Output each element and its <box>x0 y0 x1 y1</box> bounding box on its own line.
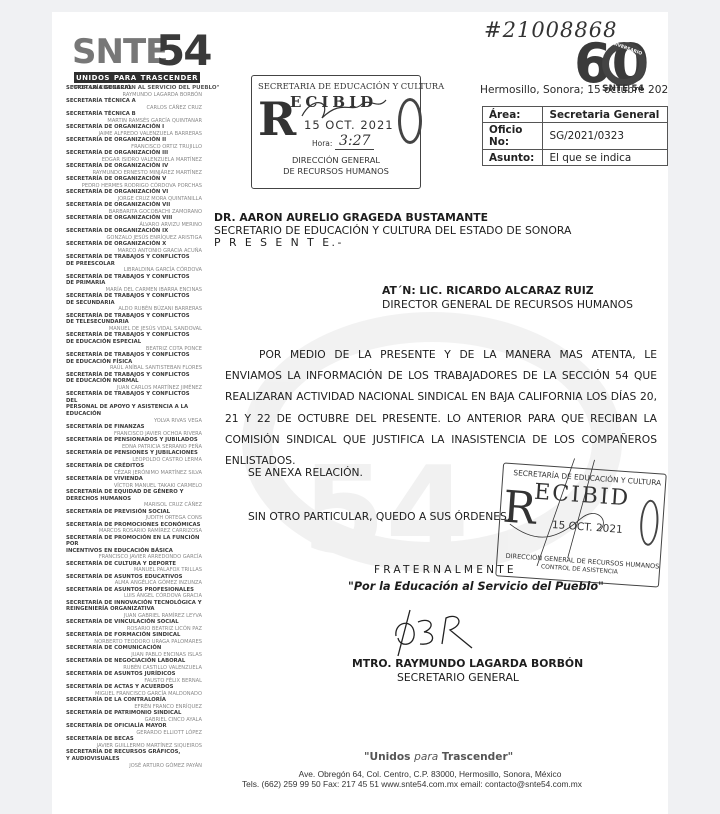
footer-contact: Tels. (662) 259 99 50 Fax: 217 45 51 www… <box>242 779 582 789</box>
info-row: Asunto: El que se indica <box>483 150 668 166</box>
roster-title: SECRETARÍA DE RECURSOS GRÁFICOS, Y AUDIO… <box>66 749 202 762</box>
signer-title: SECRETARIO GENERAL <box>397 671 519 684</box>
info-label: Asunto: <box>483 150 543 166</box>
roster-title: SECRETARÍA DE TRABAJOS Y CONFLICTOS DE P… <box>66 274 202 287</box>
roster-title: SECRETARÍA DE NEGOCIACIÓN LABORAL <box>66 658 202 665</box>
roster-entry: SECRETARÍA DE TRABAJOS Y CONFLICTOS DE T… <box>66 313 202 333</box>
stamp-scribble <box>497 454 654 574</box>
roster-title: SECRETARÍA DE ORGANIZACIÓN I <box>66 124 202 131</box>
roster-title: SECRETARÍA TÉCNICA A <box>66 98 202 105</box>
letter-body: POR MEDIO DE LA PRESENTE Y DE LA MANERA … <box>225 344 657 471</box>
roster-title: SECRETARÍA DE TRABAJOS Y CONFLICTOS DE T… <box>66 313 202 326</box>
roster-title: SECRETARÍA DE BECAS <box>66 736 202 743</box>
roster-entry: SECRETARÍA DE ASUNTOS EDUCATIVOSALMA ANG… <box>66 574 202 587</box>
received-stamp-sec: SECRETARIA DE EDUCACIÓN Y CULTURA R ECIB… <box>251 75 421 189</box>
roster-entry: SECRETARÍA DE LA CONTRALORÍAEFRÉN FRANCO… <box>66 697 202 710</box>
roster-title: SECRETARÍA DE TRABAJOS Y CONFLICTOS DEL … <box>66 391 202 417</box>
letter-page: 54 SNTE 54 UNIDOS PARA TRASCENDER "POR L… <box>52 12 668 814</box>
info-label: Área: <box>483 107 543 123</box>
roster-title: SECRETARÍA DE PATRIMONIO SINDICAL <box>66 710 202 717</box>
info-value: El que se indica <box>543 150 668 166</box>
attention-position: DIRECTOR GENERAL DE RECURSOS HUMANOS <box>382 298 633 312</box>
roster-title: SECRETARÍA DE FORMACIÓN SINDICAL <box>66 632 202 639</box>
roster-title: SECRETARÍA DE ORGANIZACIÓN IV <box>66 163 202 170</box>
roster-entry: SECRETARÍA DE ORGANIZACIÓN IXGONZALO JES… <box>66 228 202 241</box>
footer-motto-part: para <box>414 751 438 763</box>
roster-entry: SECRETARÍA DE ASUNTOS PROFESIONALESLUIS … <box>66 587 202 600</box>
roster-title: SECRETARÍA DE ORGANIZACIÓN VII <box>66 202 202 209</box>
logo-band: UNIDOS PARA TRASCENDER <box>74 72 200 83</box>
roster-title: SECRETARÍA GENERAL <box>66 85 202 92</box>
roster-entry: SECRETARÍA DE CULTURA Y DEPORTEMANUEL PA… <box>66 561 202 574</box>
logo-54-text: 54 <box>156 30 210 72</box>
received-stamp-rh: SECRETARÍA DE EDUCACIÓN Y CULTURA R ECIB… <box>495 462 667 587</box>
roster-entry: SECRETARÍA DE OFICIALÍA MAYORGERARDO ELL… <box>66 723 202 736</box>
roster-title: SECRETARÍA DE VIVIENDA <box>66 476 202 483</box>
roster-entry: SECRETARÍA DE PROMOCIONES ECONÓMICASMARC… <box>66 522 202 535</box>
signature-scribble <box>392 608 502 658</box>
roster-title: SECRETARÍA TÉCNICA B <box>66 111 202 118</box>
roster-entry: SECRETARÍA DE ORGANIZACIÓN IIIEDGAR ISID… <box>66 150 202 163</box>
roster-title: SECRETARÍA DE ORGANIZACIÓN II <box>66 137 202 144</box>
roster-title: SECRETARÍA DE CULTURA Y DEPORTE <box>66 561 202 568</box>
info-label: Oficio No: <box>483 123 543 150</box>
roster-name: JOSÉ ARTURO GÓMEZ PAYÁN <box>66 763 202 769</box>
info-table: Área: Secretaria General Oficio No: SG/2… <box>482 106 668 166</box>
roster-entry: SECRETARÍA DE NEGOCIACIÓN LABORALRUBÉN C… <box>66 658 202 671</box>
roster-title: SECRETARÍA DE ORGANIZACIÓN V <box>66 176 202 183</box>
roster-title: SECRETARÍA DE INNOVACIÓN TECNOLÓGICA Y R… <box>66 600 202 613</box>
roster-title: SECRETARÍA DE PROMOCIÓN EN LA FUNCIÓN PO… <box>66 535 202 555</box>
roster-title: SECRETARÍA DE TRABAJOS Y CONFLICTOS DE S… <box>66 293 202 306</box>
roster-entry: SECRETARÍA DE TRABAJOS Y CONFLICTOS DE E… <box>66 332 202 352</box>
info-row: Área: Secretaria General <box>483 107 668 123</box>
roster-title: SECRETARÍA DE PENSIONADOS Y JUBILADOS <box>66 437 202 444</box>
roster-entry: SECRETARÍA DE PENSIONES Y JUBILACIONESLE… <box>66 450 202 463</box>
roster-entry: SECRETARÍA DE PROMOCIÓN EN LA FUNCIÓN PO… <box>66 535 202 561</box>
stamp-hora-label: Hora: <box>312 139 332 148</box>
roster-title: SECRETARÍA DE PREVISIÓN SOCIAL <box>66 509 202 516</box>
roster-title: SECRETARÍA DE ORGANIZACIÓN IX <box>66 228 202 235</box>
roster-title: SECRETARÍA DE ORGANIZACIÓN III <box>66 150 202 157</box>
annex-note: SE ANEXA RELACIÓN. <box>248 466 363 479</box>
stamp-hora-value: 3:27 <box>335 133 374 150</box>
roster-entry: SECRETARÍA DE ORGANIZACIÓN XMARCO ANTONI… <box>66 241 202 254</box>
roster-title: SECRETARÍA DE TRABAJOS Y CONFLICTOS DE E… <box>66 332 202 345</box>
roster-title: SECRETARÍA DE TRABAJOS Y CONFLICTOS DE P… <box>66 254 202 267</box>
band-word: PARA <box>114 74 137 82</box>
roster-entry: SECRETARÍA DE TRABAJOS Y CONFLICTOS DE E… <box>66 372 202 392</box>
addressee-presente: P R E S E N T E.- <box>214 237 654 250</box>
roster-entry: SECRETARÍA DE ORGANIZACIÓN VPEDRO HERMES… <box>66 176 202 189</box>
roster-title: SECRETARÍA DE PENSIONES Y JUBILACIONES <box>66 450 202 457</box>
roster-entry: SECRETARÍA DE CRÉDITOSCÉZAR JERÓNIMO MAR… <box>66 463 202 476</box>
roster-title: SECRETARÍA DE FINANZAS <box>66 424 202 431</box>
roster-entry: SECRETARÍA DE FINANZASFRANCISCO JAVIER O… <box>66 424 202 437</box>
roster-entry: SECRETARÍA DE ORGANIZACIÓN IJAIME ALFRED… <box>66 124 202 137</box>
roster-entry: SECRETARÍA DE TRABAJOS Y CONFLICTOS DE P… <box>66 254 202 274</box>
roster-entry: SECRETARÍA DE TRABAJOS Y CONFLICTOS DEL … <box>66 391 202 424</box>
info-value: SG/2021/0323 <box>543 123 668 150</box>
roster-entry: SECRETARÍA DE ASUNTOS JURÍDICOSFAUSTO FÉ… <box>66 671 202 684</box>
info-value: Secretaria General <box>543 107 668 123</box>
roster-entry: SECRETARÍA DE ORGANIZACIÓN IIFRANCISCO O… <box>66 137 202 150</box>
roster-entry: SECRETARÍA TÉCNICA ACARLOS CÁÑEZ CRUZ <box>66 98 202 111</box>
roster-entry: SECRETARÍA DE VINCULACIÓN SOCIALROSARIO … <box>66 619 202 632</box>
roster-entry: SECRETARÍA DE TRABAJOS Y CONFLICTOS DE P… <box>66 274 202 294</box>
band-word: UNIDOS <box>76 74 110 82</box>
addressee-name: DR. AARON AURELIO GRAGEDA BUSTAMANTE <box>214 212 654 225</box>
roster-entry: SECRETARÍA DE ORGANIZACIÓN VIJORGE CRUZ … <box>66 189 202 202</box>
footer-motto-part: "Unidos <box>364 751 414 763</box>
initials-scribble <box>282 90 392 130</box>
stamp-dept: DIRECCIÓN GENERAL <box>252 155 420 165</box>
roster-title: SECRETARÍA DE COMUNICACIÓN <box>66 645 202 652</box>
roster-entry: SECRETARÍA DE PATRIMONIO SINDICALGABRIEL… <box>66 710 202 723</box>
roster-title: SECRETARÍA DE TRABAJOS Y CONFLICTOS DE E… <box>66 352 202 365</box>
roster-title: SECRETARÍA DE CRÉDITOS <box>66 463 202 470</box>
roster-entry: SECRETARÍA GENERALRAYMUNDO LAGARDA BORBÓ… <box>66 85 202 98</box>
roster-entry: SECRETARÍA DE BECASJAVIER GUILLERMO MART… <box>66 736 202 749</box>
stamp-dept: DE RECURSOS HUMANOS <box>252 166 420 176</box>
roster-title: SECRETARÍA DE TRABAJOS Y CONFLICTOS DE E… <box>66 372 202 385</box>
roster-title: SECRETARÍA DE LA CONTRALORÍA <box>66 697 202 704</box>
signer-name: MTRO. RAYMUNDO LAGARDA BORBÓN <box>352 657 583 670</box>
roster-title: SECRETARÍA DE ASUNTOS JURÍDICOS <box>66 671 202 678</box>
roster-entry: SECRETARÍA DE ORGANIZACIÓN VIIIÁLVARO AR… <box>66 215 202 228</box>
roster-entry: SECRETARÍA DE VIVIENDAVÍCTOR MANUEL TAKA… <box>66 476 202 489</box>
signoff-motto: "Por la Educación al Servicio del Pueblo… <box>348 580 604 593</box>
roster-entry: SECRETARÍA TÉCNICA BMARTIN RAMSÉS GARCÍA… <box>66 111 202 124</box>
roster-entry: SECRETARÍA DE EQUIDAD DE GÉNERO Y DERECH… <box>66 489 202 509</box>
footer-address: Ave. Obregón 64, Col. Centro, C.P. 83000… <box>52 769 668 779</box>
info-row: Oficio No: SG/2021/0323 <box>483 123 668 150</box>
place-date: Hermosillo, Sonora; 15 octubre 2021 <box>480 84 668 96</box>
roster-title: SECRETARÍA DE OFICIALÍA MAYOR <box>66 723 202 730</box>
roster-entry: SECRETARÍA DE ORGANIZACIÓN VIIBARBARITA … <box>66 202 202 215</box>
roster-entry: SECRETARÍA DE ACTAS Y ACUERDOSMIGUEL FRA… <box>66 684 202 697</box>
secretaries-roster: SECRETARÍA GENERALRAYMUNDO LAGARDA BORBÓ… <box>66 85 202 769</box>
roster-entry: SECRETARÍA DE PREVISIÓN SOCIALJUDITH ORT… <box>66 509 202 522</box>
roster-title: SECRETARÍA DE ACTAS Y ACUERDOS <box>66 684 202 691</box>
roster-title: SECRETARÍA DE ORGANIZACIÓN X <box>66 241 202 248</box>
attention-block: AT´N: LIC. RICARDO ALCARAZ RUIZ DIRECTOR… <box>382 284 633 312</box>
roster-entry: SECRETARÍA DE FORMACIÓN SINDICALNORBERTO… <box>66 632 202 645</box>
roster-title: SECRETARÍA DE EQUIDAD DE GÉNERO Y DERECH… <box>66 489 202 502</box>
roster-entry: SECRETARÍA DE ORGANIZACIÓN IVRAYMUNDO ER… <box>66 163 202 176</box>
stamp-letter-o <box>398 98 422 144</box>
roster-entry: SECRETARÍA DE PENSIONADOS Y JUBILADOSEDN… <box>66 437 202 450</box>
roster-title: SECRETARÍA DE ORGANIZACIÓN VIII <box>66 215 202 222</box>
roster-title: SECRETARÍA DE VINCULACIÓN SOCIAL <box>66 619 202 626</box>
roster-title: SECRETARÍA DE ORGANIZACIÓN VI <box>66 189 202 196</box>
logo-snte-text: SNTE <box>72 34 167 70</box>
attention-name: AT´N: LIC. RICARDO ALCARAZ RUIZ <box>382 284 633 298</box>
roster-entry: SECRETARÍA DE COMUNICACIÓNJUAN PABLO ENC… <box>66 645 202 658</box>
band-word: TRASCENDER <box>141 74 198 82</box>
footer-motto: "Unidos para Trascender" <box>364 751 513 763</box>
footer-motto-part: Trascender" <box>438 751 513 763</box>
roster-entry: SECRETARÍA DE TRABAJOS Y CONFLICTOS DE S… <box>66 293 202 313</box>
closing-line: SIN OTRO PARTICULAR, QUEDO A SUS ÓRDENES… <box>248 510 510 523</box>
roster-entry: SECRETARÍA DE TRABAJOS Y CONFLICTOS DE E… <box>66 352 202 372</box>
letter-paragraph: POR MEDIO DE LA PRESENTE Y DE LA MANERA … <box>225 348 657 467</box>
roster-entry: SECRETARÍA DE RECURSOS GRÁFICOS, Y AUDIO… <box>66 749 202 769</box>
roster-entry: SECRETARÍA DE INNOVACIÓN TECNOLÓGICA Y R… <box>66 600 202 620</box>
addressee-block: DR. AARON AURELIO GRAGEDA BUSTAMANTE SEC… <box>214 212 654 250</box>
